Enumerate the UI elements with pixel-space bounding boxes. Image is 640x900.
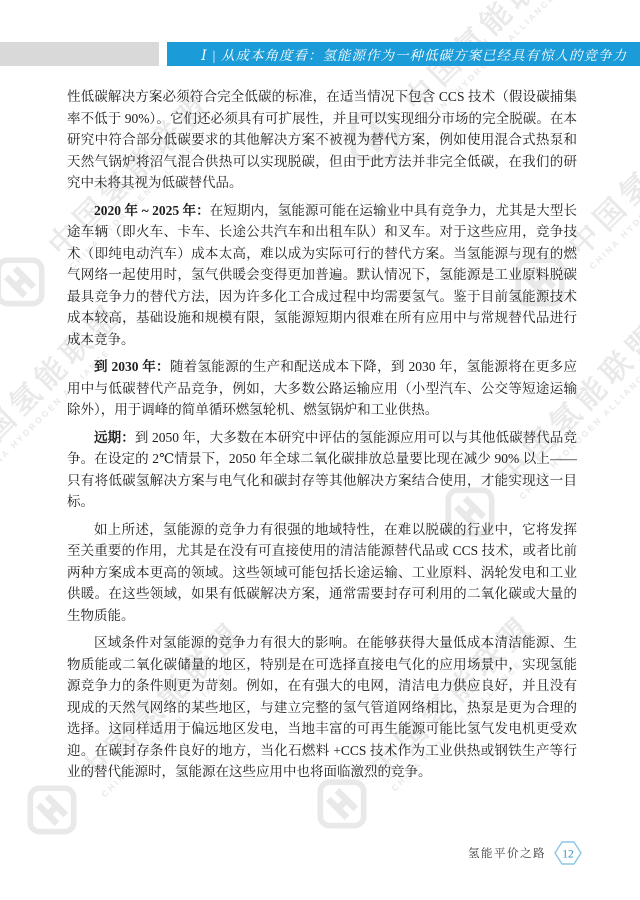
paragraph-text: 到 2050 年，大多数在本研究中评估的氢能源应用可以与其他低碳替代品竞争。在设… bbox=[67, 430, 577, 510]
body-paragraph: 到 2030 年：随着氢能源的生产和配送成本下降，到 2030 年，氢能源将在更… bbox=[67, 356, 577, 421]
body-text-column: 性低碳解决方案必须符合完全低碳的标准，在适当情况下包含 CCS 技术（假设碳捕集… bbox=[67, 86, 577, 789]
chapter-header-bar: Ⅰ | 从成本角度看：氢能源作为一种低碳方案已经具有惊人的竞争力 bbox=[167, 42, 640, 66]
document-page: 中国氢能联盟 CHINA HYDROGEN ALLIANCE 中国氢能联盟 CH… bbox=[0, 0, 640, 900]
page-number: 12 bbox=[562, 849, 574, 861]
paragraph-text: 在短期内，氢能源可能在运输业中具有竞争力，尤其是大型长途车辆（即火车、卡车、长途… bbox=[67, 203, 577, 347]
paragraph-text: 如上所述，氢能源的竞争力有很强的地域特性，在难以脱碳的行业中，它将发挥至关重要的… bbox=[67, 522, 577, 623]
paragraph-text: 区域条件对氢能源的竞争力有很大的影响。在能够获得大量低成本清洁能源、生物质能或二… bbox=[67, 635, 577, 779]
page-footer: 氢能平价之路 12 bbox=[468, 839, 583, 867]
paragraph-lead: 到 2030 年： bbox=[94, 359, 170, 374]
body-paragraph: 2020 年 ~ 2025 年：在短期内，氢能源可能在运输业中具有竞争力，尤其是… bbox=[67, 200, 577, 351]
body-paragraph: 远期：到 2050 年，大多数在本研究中评估的氢能源应用可以与其他低碳替代品竞争… bbox=[67, 427, 577, 513]
hydrogen-alliance-logo-icon bbox=[0, 234, 68, 330]
paragraph-lead: 2020 年 ~ 2025 年： bbox=[94, 203, 210, 218]
page-number-badge: 12 bbox=[553, 839, 583, 867]
paragraph-lead: 远期： bbox=[94, 430, 135, 445]
footer-book-title: 氢能平价之路 bbox=[468, 845, 546, 861]
body-paragraph: 如上所述，氢能源的竞争力有很强的地域特性，在难以脱碳的行业中，它将发挥至关重要的… bbox=[67, 519, 577, 627]
header-gray-bar bbox=[0, 42, 159, 66]
chapter-header-title: Ⅰ | 从成本角度看：氢能源作为一种低碳方案已经具有惊人的竞争力 bbox=[201, 44, 627, 64]
body-paragraph: 性低碳解决方案必须符合完全低碳的标准，在适当情况下包含 CCS 技术（假设碳捕集… bbox=[67, 86, 577, 194]
paragraph-text: 性低碳解决方案必须符合完全低碳的标准，在适当情况下包含 CCS 技术（假设碳捕集… bbox=[67, 89, 577, 190]
body-paragraph: 区域条件对氢能源的竞争力有很大的影响。在能够获得大量低成本清洁能源、生物质能或二… bbox=[67, 632, 577, 783]
watermark-en-text: CHINA HYDROGEN ALLIANCE bbox=[588, 112, 640, 271]
